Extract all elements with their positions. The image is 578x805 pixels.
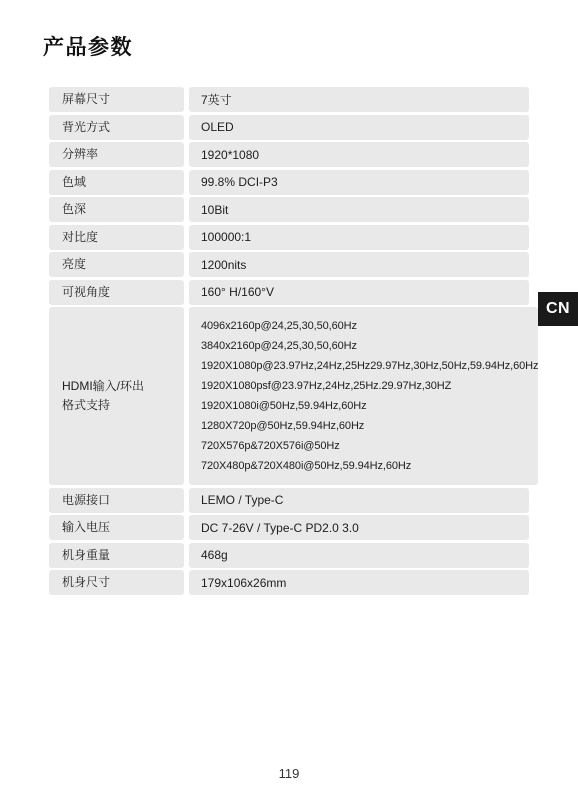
row-value: 99.8% DCI-P3 [189, 170, 529, 195]
table-row-contrast: 对比度 100000:1 [49, 225, 529, 250]
page-number: 119 [0, 766, 578, 781]
row-value: 4096x2160p@24,25,30,50,60Hz 3840x2160p@2… [189, 307, 538, 485]
hdmi-format-line: 1920X1080psf@23.97Hz,24Hz,25Hz.29.97Hz,3… [201, 376, 451, 396]
table-row-body-weight: 机身重量 468g [49, 543, 529, 568]
hdmi-format-line: 1920X1080i@50Hz,59.94Hz,60Hz [201, 396, 367, 416]
hdmi-format-line: 4096x2160p@24,25,30,50,60Hz [201, 316, 357, 336]
row-label: 亮度 [49, 252, 184, 277]
spec-table: 屏幕尺寸 7英寸 背光方式 OLED 分辨率 1920*1080 色域 99.8… [49, 87, 529, 595]
table-row-body-dimensions: 机身尺寸 179x106x26mm [49, 570, 529, 595]
table-row-backlight: 背光方式 OLED [49, 115, 529, 140]
row-label: 屏幕尺寸 [49, 87, 184, 112]
row-value: 468g [189, 543, 529, 568]
row-label: 输入电压 [49, 515, 184, 540]
language-tab-cn: CN [538, 292, 578, 326]
table-row-brightness: 亮度 1200nits [49, 252, 529, 277]
row-label: HDMI输入/环出 格式支持 [49, 307, 184, 485]
row-value: LEMO / Type-C [189, 488, 529, 513]
row-label: 色深 [49, 197, 184, 222]
row-label: 分辨率 [49, 142, 184, 167]
row-label: 可视角度 [49, 280, 184, 305]
hdmi-format-line: 3840x2160p@24,25,30,50,60Hz [201, 336, 357, 356]
table-row-screen-size: 屏幕尺寸 7英寸 [49, 87, 529, 112]
table-row-color-gamut: 色域 99.8% DCI-P3 [49, 170, 529, 195]
row-value: 1200nits [189, 252, 529, 277]
table-row-hdmi-formats: HDMI输入/环出 格式支持 4096x2160p@24,25,30,50,60… [49, 307, 529, 485]
table-row-viewing-angle: 可视角度 160° H/160°V [49, 280, 529, 305]
row-value: 10Bit [189, 197, 529, 222]
table-row-resolution: 分辨率 1920*1080 [49, 142, 529, 167]
hdmi-format-line: 1920X1080p@23.97Hz,24Hz,25Hz29.97Hz,30Hz… [201, 356, 538, 376]
row-label: 机身尺寸 [49, 570, 184, 595]
hdmi-format-line: 1280X720p@50Hz,59.94Hz,60Hz [201, 416, 364, 436]
hdmi-format-line: 720X576p&720X576i@50Hz [201, 436, 340, 456]
table-row-color-depth: 色深 10Bit [49, 197, 529, 222]
row-value: 160° H/160°V [189, 280, 529, 305]
row-label: 色域 [49, 170, 184, 195]
table-row-input-voltage: 输入电压 DC 7-26V / Type-C PD2.0 3.0 [49, 515, 529, 540]
row-value: DC 7-26V / Type-C PD2.0 3.0 [189, 515, 529, 540]
row-value: 7英寸 [189, 87, 529, 112]
row-value: 100000:1 [189, 225, 529, 250]
page-title: 产品参数 [43, 31, 133, 61]
row-value: OLED [189, 115, 529, 140]
row-label: 电源接口 [49, 488, 184, 513]
row-label: 对比度 [49, 225, 184, 250]
row-value: 179x106x26mm [189, 570, 529, 595]
row-label: 背光方式 [49, 115, 184, 140]
table-row-power-connector: 电源接口 LEMO / Type-C [49, 488, 529, 513]
row-value: 1920*1080 [189, 142, 529, 167]
row-label: 机身重量 [49, 543, 184, 568]
hdmi-format-line: 720X480p&720X480i@50Hz,59.94Hz,60Hz [201, 456, 411, 476]
